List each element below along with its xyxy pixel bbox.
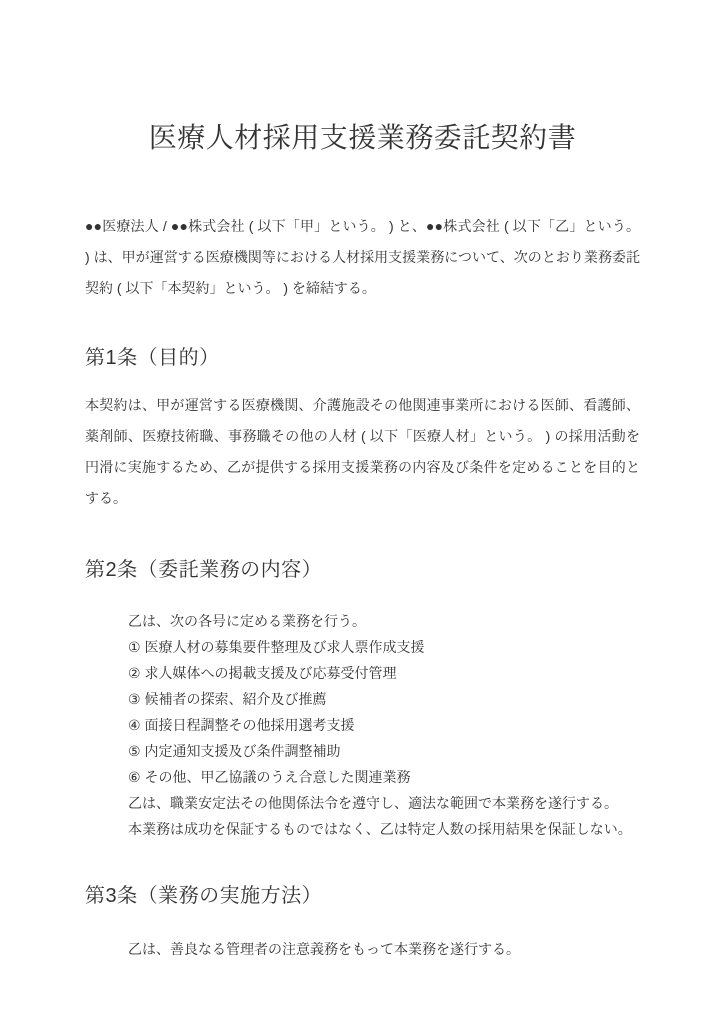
clause-line: 本業務は成功を保証するものではなく、乙は特定人数の採用結果を保証しない。: [128, 816, 640, 842]
contract-document-page: 医療人材採用支援業務委託契約書 ●●医療法人 / ●●株式会社 ( 以下「甲」と…: [0, 0, 724, 1024]
article-1-heading: 第1条（目的）: [85, 344, 640, 372]
article-3-heading: 第3条（業務の実施方法）: [85, 882, 640, 910]
preamble-paragraph: ●●医療法人 / ●●株式会社 ( 以下「甲」という。 ) と、●●株式会社 (…: [85, 211, 640, 304]
clause-item-3: ③ 候補者の探索、紹介及び推薦: [128, 686, 640, 712]
article-3-clause-list: 乙は、善良なる管理者の注意義務をもって本業務を遂行する。: [85, 936, 640, 962]
article-2-clause-list: 乙は、次の各号に定める業務を行う。 ① 医療人材の募集要件整理及び求人票作成支援…: [85, 608, 640, 842]
document-title: 医療人材採用支援業務委託契約書: [85, 0, 640, 156]
clause-line: 乙は、職業安定法その他関係法令を遵守し、適法な範囲で本業務を遂行する。: [128, 790, 640, 816]
clause-item-2: ② 求人媒体への掲載支援及び応募受付管理: [128, 660, 640, 686]
clause-item-1: ① 医療人材の募集要件整理及び求人票作成支援: [128, 634, 640, 660]
article-2-heading: 第2条（委託業務の内容）: [85, 556, 640, 584]
article-1-body: 本契約は、甲が運営する医療機関、介護施設その他関連事業所における医師、看護師、薬…: [85, 390, 640, 514]
clause-item-5: ⑤ 内定通知支援及び条件調整補助: [128, 738, 640, 764]
clause-line: 乙は、善良なる管理者の注意義務をもって本業務を遂行する。: [128, 936, 640, 962]
clause-item-6: ⑥ その他、甲乙協議のうえ合意した関連業務: [128, 764, 640, 790]
clause-item-4: ④ 面接日程調整その他採用選考支援: [128, 712, 640, 738]
clause-line: 乙は、次の各号に定める業務を行う。: [128, 608, 640, 634]
